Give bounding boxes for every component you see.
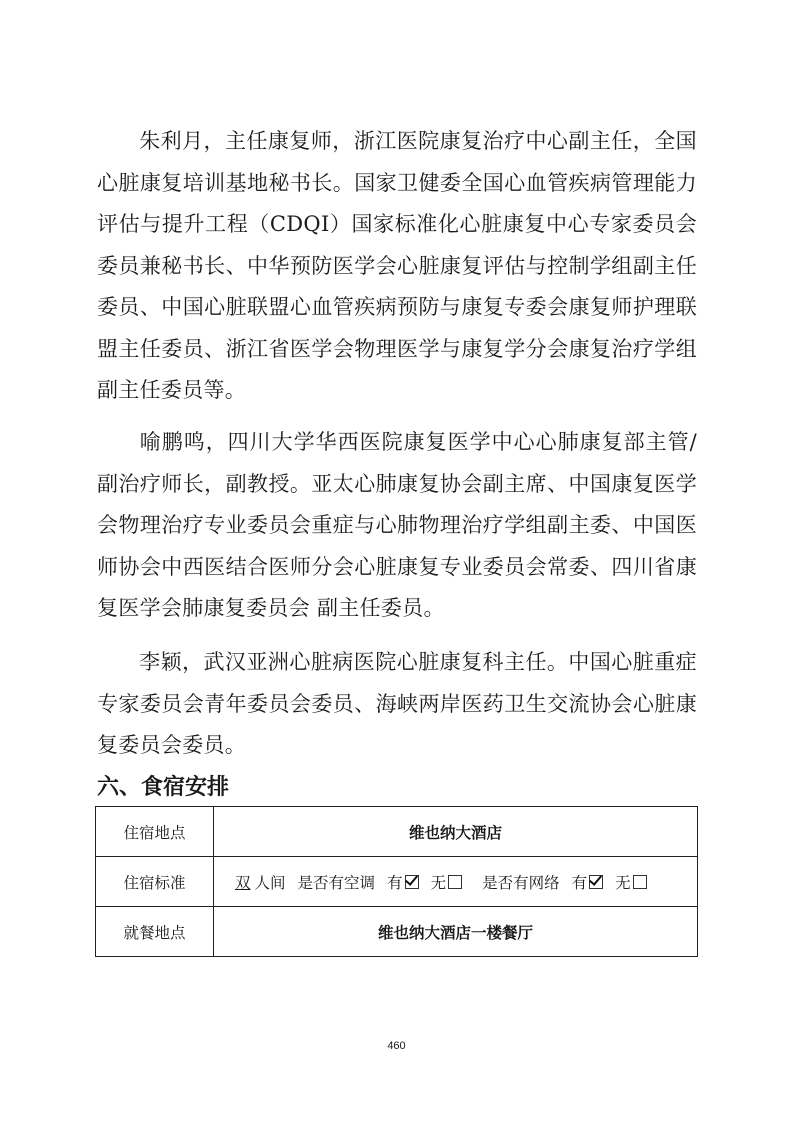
paragraph-text: 喻鹏鸣，四川大学华西医院康复医学中心心肺康复部主管/副治疗师长，副教授。亚太心肺… — [97, 430, 697, 620]
paragraph-text: 朱利月，主任康复师，浙江医院康复治疗中心副主任，全国心脏康复培训基地秘书长。国家… — [97, 129, 697, 402]
net-no-label: 无 — [615, 874, 631, 892]
accommodation-table: 住宿地点 维也纳大酒店 住宿标准 双人间是否有空调有无是否有网络有无 就餐地点 … — [95, 806, 698, 957]
room-suffix: 人间 — [255, 874, 286, 892]
section-heading: 六、食宿安排 — [97, 770, 229, 801]
page-number: 460 — [0, 1040, 793, 1052]
net-no-checkbox[interactable] — [633, 875, 647, 889]
table-row: 住宿标准 双人间是否有空调有无是否有网络有无 — [96, 857, 698, 907]
ac-question: 是否有空调 — [298, 874, 376, 892]
row-value: 维也纳大酒店一楼餐厅 — [214, 907, 698, 957]
ac-no-label: 无 — [431, 874, 447, 892]
document-page: 朱利月，主任康复师，浙江医院康复治疗中心副主任，全国心脏康复培训基地秘书长。国家… — [0, 0, 793, 1122]
row-label: 住宿地点 — [96, 807, 214, 857]
net-yes-label: 有 — [572, 874, 588, 892]
bio-paragraph-zhu: 朱利月，主任康复师，浙江医院康复治疗中心副主任，全国心脏康复培训基地秘书长。国家… — [97, 121, 697, 412]
ac-yes-checkbox[interactable] — [405, 875, 419, 889]
bio-paragraph-yu: 喻鹏鸣，四川大学华西医院康复医学中心心肺康复部主管/副治疗师长，副教授。亚太心肺… — [97, 422, 697, 630]
room-type: 双 — [231, 874, 255, 892]
row-label: 就餐地点 — [96, 907, 214, 957]
net-question: 是否有网络 — [482, 874, 560, 892]
accommodation-standard: 双人间是否有空调有无是否有网络有无 — [214, 857, 698, 907]
bio-paragraph-li: 李颖，武汉亚洲心脏病医院心脏康复科主任。中国心脏重症专家委员会青年委员会委员、海… — [97, 642, 697, 767]
row-value: 维也纳大酒店 — [214, 807, 698, 857]
ac-no-checkbox[interactable] — [448, 875, 462, 889]
table-row: 住宿地点 维也纳大酒店 — [96, 807, 698, 857]
net-yes-checkbox[interactable] — [589, 875, 603, 889]
table-row: 就餐地点 维也纳大酒店一楼餐厅 — [96, 907, 698, 957]
paragraph-text: 李颖，武汉亚洲心脏病医院心脏康复科主任。中国心脏重症专家委员会青年委员会委员、海… — [97, 650, 697, 757]
ac-yes-label: 有 — [387, 874, 403, 892]
row-label: 住宿标准 — [96, 857, 214, 907]
